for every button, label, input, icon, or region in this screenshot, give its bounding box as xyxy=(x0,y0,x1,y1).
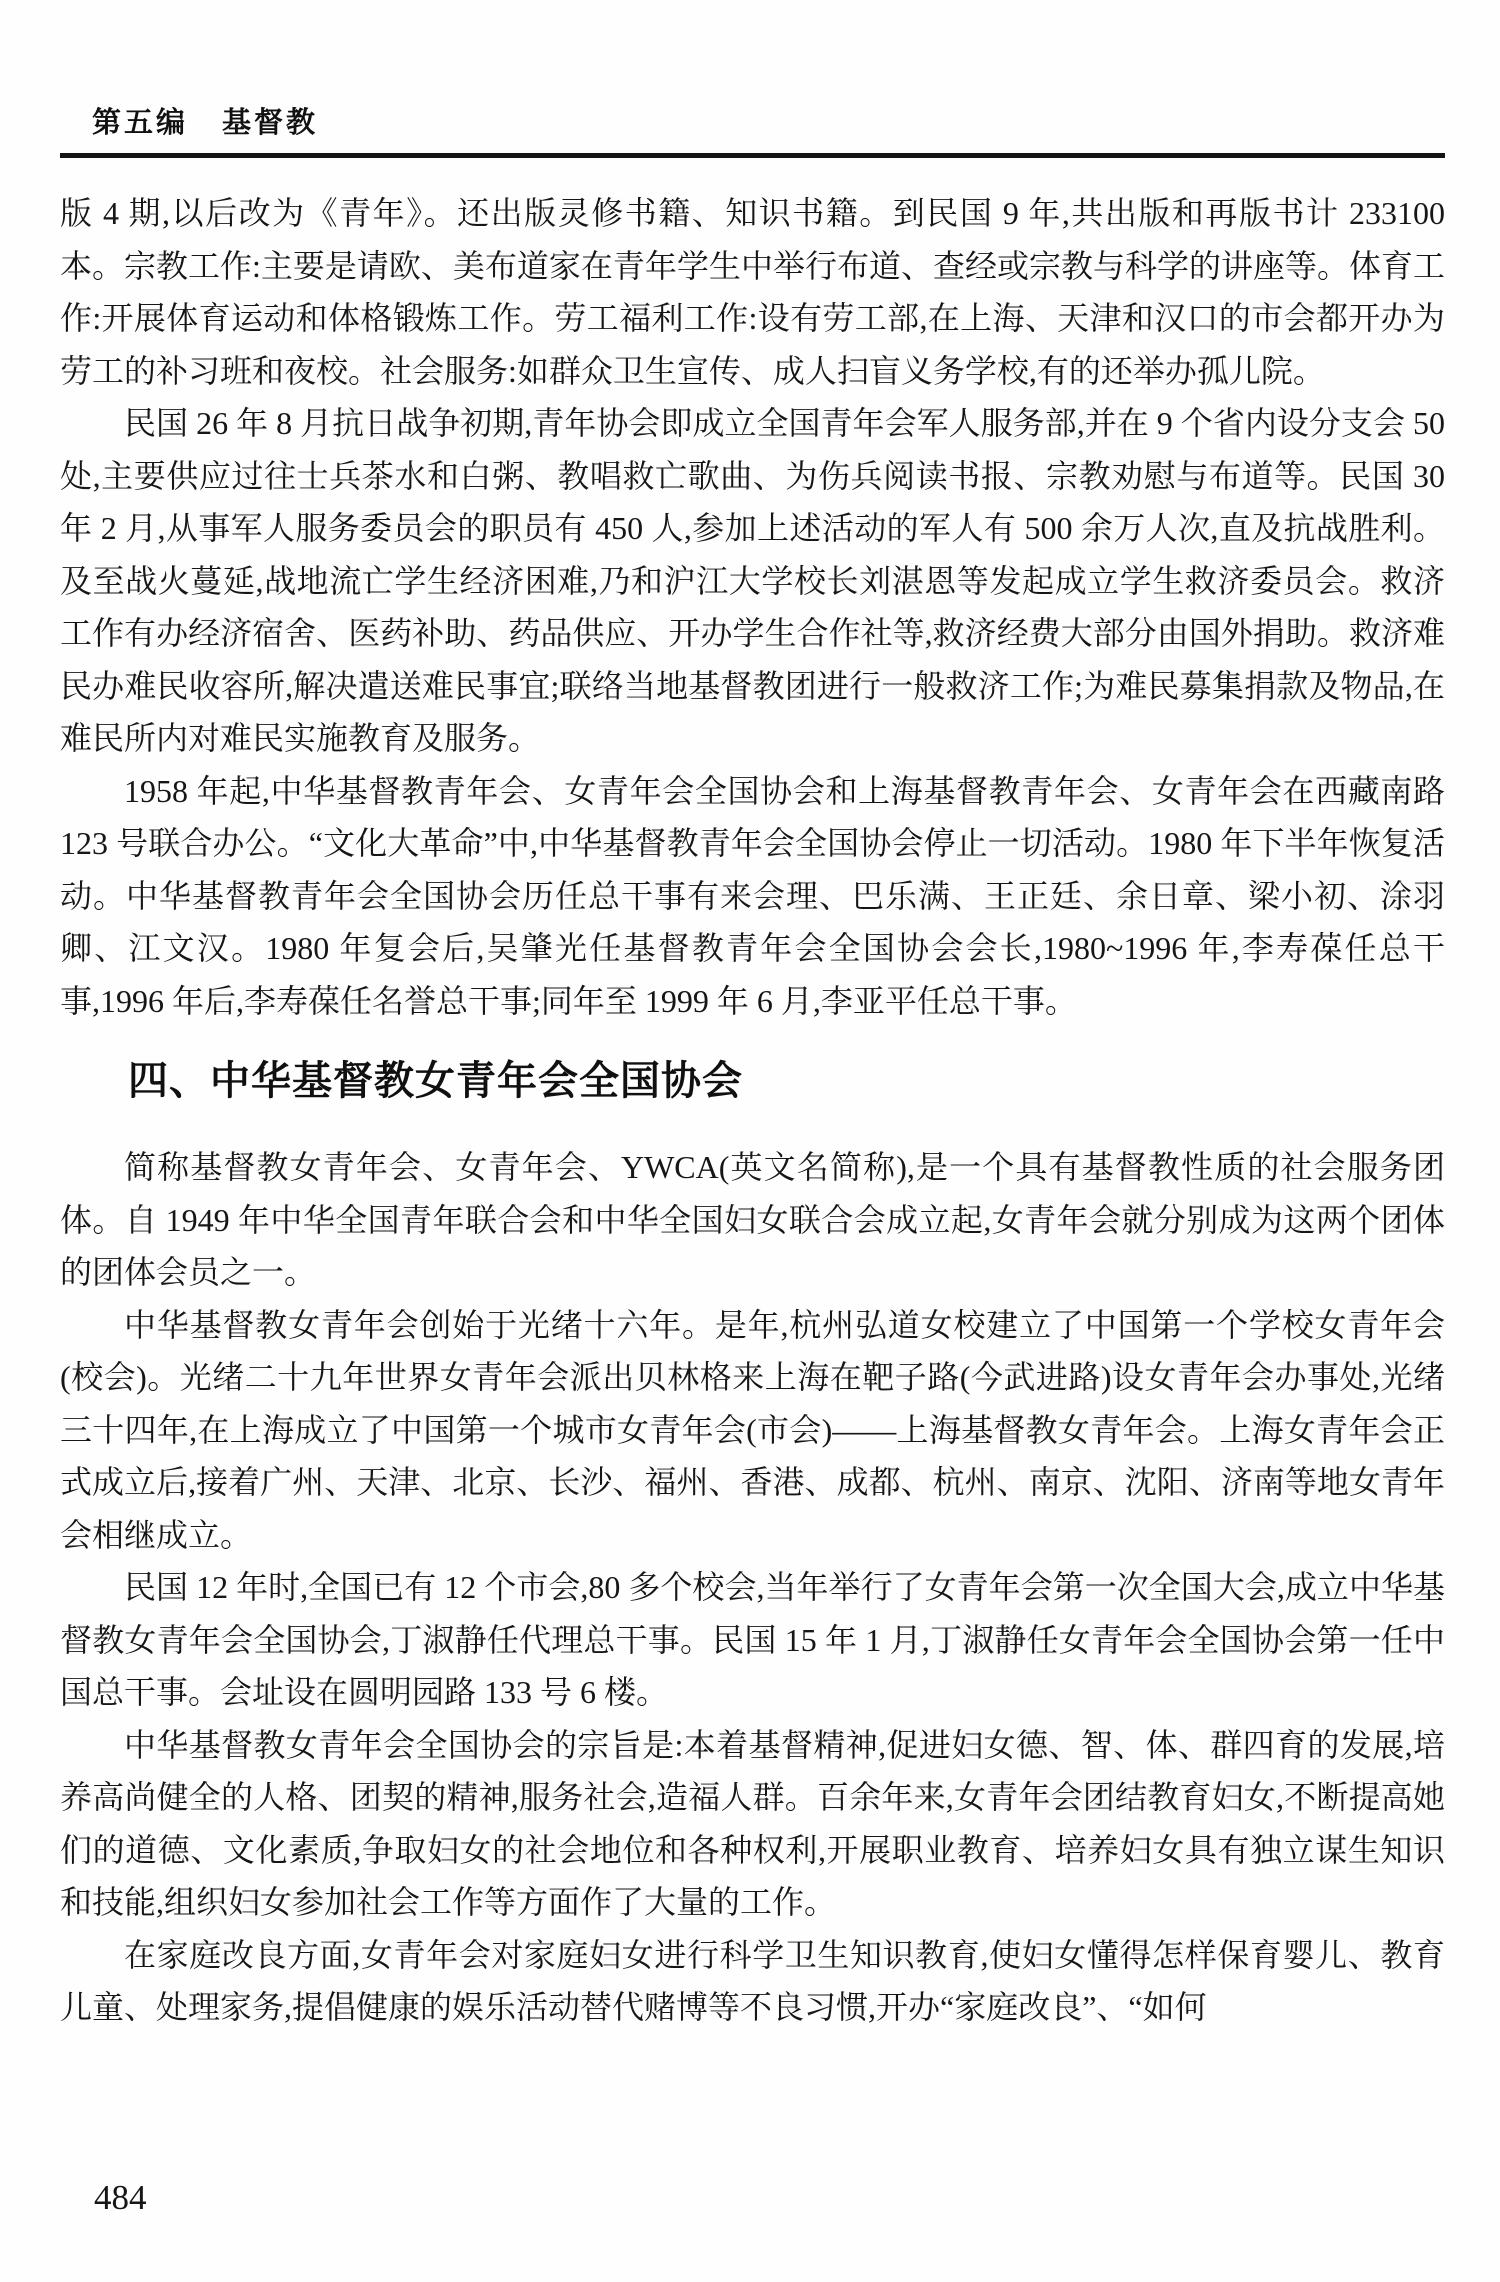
running-header-section-number: 第五编 xyxy=(92,107,188,139)
section-heading: 四、中华基督教女青年会全国协会 xyxy=(128,1059,1445,1103)
header-rule-divider xyxy=(60,153,1445,158)
book-page: 第五编基督教 版 4 期,以后改为《青年》。还出版灵修书籍、知识书籍。到民国 9… xyxy=(0,0,1500,2282)
running-header: 第五编基督教 xyxy=(92,0,1445,140)
body-paragraph: 中华基督教女青年会创始于光绪十六年。是年,杭州弘道女校建立了中国第一个学校女青年… xyxy=(60,1299,1445,1562)
body-paragraph: 民国 12 年时,全国已有 12 个市会,80 多个校会,当年举行了女青年会第一… xyxy=(60,1561,1445,1719)
running-header-section-title: 基督教 xyxy=(222,107,318,139)
body-paragraph: 版 4 期,以后改为《青年》。还出版灵修书籍、知识书籍。到民国 9 年,共出版和… xyxy=(60,187,1445,397)
page-number: 484 xyxy=(94,2178,147,2218)
page-body: 版 4 期,以后改为《青年》。还出版灵修书籍、知识书籍。到民国 9 年,共出版和… xyxy=(60,187,1445,2034)
body-paragraph: 在家庭改良方面,女青年会对家庭妇女进行科学卫生知识教育,使妇女懂得怎样保育婴儿、… xyxy=(60,1929,1445,2034)
body-paragraph: 民国 26 年 8 月抗日战争初期,青年协会即成立全国青年会军人服务部,并在 9… xyxy=(60,397,1445,765)
body-paragraph: 简称基督教女青年会、女青年会、YWCA(英文名简称),是一个具有基督教性质的社会… xyxy=(60,1141,1445,1299)
body-paragraph: 1958 年起,中华基督教青年会、女青年会全国协会和上海基督教青年会、女青年会在… xyxy=(60,765,1445,1028)
body-paragraph: 中华基督教女青年会全国协会的宗旨是:本着基督精神,促进妇女德、智、体、群四育的发… xyxy=(60,1719,1445,1929)
page-content: 第五编基督教 版 4 期,以后改为《青年》。还出版灵修书籍、知识书籍。到民国 9… xyxy=(0,0,1500,2034)
